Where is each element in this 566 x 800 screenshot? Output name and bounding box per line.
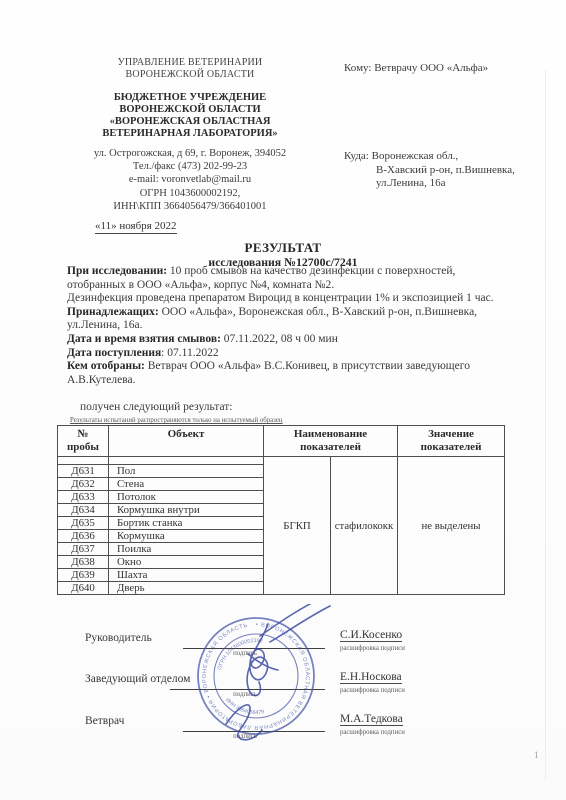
ogrn-line: ОГРН 1043600002192, xyxy=(40,187,340,200)
recipient-where-line: ул.Ленина, 16а xyxy=(376,177,561,191)
phone-line: Тел./факс (473) 202-99-23 xyxy=(40,160,340,173)
address-line: ул. Острогожская, д 69, г. Воронеж, 3940… xyxy=(40,147,340,160)
result-paragraphs: При исследовании: 10 проб смывов на каче… xyxy=(67,265,514,387)
paragraph: Принадлежащих: ООО «Альфа», Воронежская … xyxy=(67,306,514,333)
institution-line: «ВОРОНЕЖСКАЯ ОБЛАСТНАЯ xyxy=(40,116,340,128)
signature-role: Ветврач xyxy=(85,715,124,727)
page-number: 1 xyxy=(534,750,539,760)
header-sample-no: №пробы xyxy=(58,426,109,457)
header-value: Значениепоказателей xyxy=(398,426,505,457)
recipient-address: Куда: Воронежская обл., В-Хавский р-он, … xyxy=(344,150,561,191)
value-cell: не выделены xyxy=(398,457,505,595)
signature-role: Заведующий отделом xyxy=(85,673,190,685)
recipient-where-line: В-Хавский р-он, п.Вишневка, xyxy=(376,164,561,178)
institution-line: БЮДЖЕТНОЕ УЧРЕЖДЕНИЕ xyxy=(40,92,340,104)
table-spacer-row: БГКП стафилококк не выделены xyxy=(58,457,505,465)
institution-name: БЮДЖЕТНОЕ УЧРЕЖДЕНИЕ ВОРОНЕЖСКОЙ ОБЛАСТИ… xyxy=(40,92,340,140)
inn-kpp-line: ИНН\КПП 3664056479/366401001 xyxy=(40,200,340,213)
paragraph-text: : 07.11.2022 xyxy=(161,347,218,359)
paragraph: Дата поступления: 07.11.2022 xyxy=(67,347,514,361)
results-table: №пробы Объект Наименованиепоказателей Зн… xyxy=(57,425,505,595)
paragraph-label: Дата поступления xyxy=(67,347,161,359)
result-intro: получен следующий результат: xyxy=(80,401,232,413)
paragraph-text: Дезинфекция проведена препаратом Вироцид… xyxy=(67,292,494,304)
stamp-inn-text: ИНН 3664056479 xyxy=(224,697,265,716)
institution-line: ВЕТЕРИНАРНАЯ ЛАБОРАТОРИЯ» xyxy=(40,128,340,140)
scanned-document-page: УПРАВЛЕНИЕ ВЕТЕРИНАРИИ ВОРОНЕЖСКОЙ ОБЛАС… xyxy=(0,0,566,800)
email-line: e-mail: voronvetlab@mail.ru xyxy=(40,173,340,186)
document-date: «11» ноября 2022 xyxy=(95,220,177,234)
indicator-bgkp-cell: БГКП xyxy=(264,457,331,595)
paragraph: Кем отобраны: Ветврач ООО «Альфа» В.С.Ко… xyxy=(67,360,514,387)
authority-line: УПРАВЛЕНИЕ ВЕТЕРИНАРИИ xyxy=(40,57,340,69)
authority-line: ВОРОНЕЖСКОЙ ОБЛАСТИ xyxy=(40,69,340,81)
recipient-where-label: Куда: xyxy=(344,150,372,162)
header-indicator: Наименованиепоказателей xyxy=(264,426,398,457)
result-disclaimer: Результаты испытаний распространяются то… xyxy=(70,417,282,424)
paragraph: Дата и время взятия смывов: 07.11.2022, … xyxy=(67,333,514,347)
paragraph: Дезинфекция проведена препаратом Вироцид… xyxy=(67,292,514,306)
round-stamp-icon: • ВОРОНЕЖСКАЯ ОБЛАСТНАЯ ВЕТЕРИНАРНАЯ ЛАБ… xyxy=(188,604,360,776)
stamp-ogrn-text: ОГРН 1043600002192 xyxy=(217,638,263,671)
paragraph-text: 07.11.2022, 08 ч 00 мин xyxy=(221,333,338,345)
recipient-where-line: Воронежская обл., xyxy=(372,150,459,162)
stamp-outer-ring xyxy=(198,618,314,734)
recipient-to: Кому: Ветврачу ООО «Альфа» xyxy=(344,62,544,74)
authority-name: УПРАВЛЕНИЕ ВЕТЕРИНАРИИ ВОРОНЕЖСКОЙ ОБЛАС… xyxy=(40,57,340,81)
svg-text:ОГРН 1043600002192: ОГРН 1043600002192 xyxy=(217,638,263,671)
institution-address: ул. Острогожская, д 69, г. Воронеж, 3940… xyxy=(40,147,340,213)
paragraph-label: Принадлежащих: xyxy=(67,306,159,318)
document-title: РЕЗУЛЬТАТ xyxy=(0,240,566,256)
indicator-staph-cell: стафилококк xyxy=(331,457,398,595)
paragraph-label: Кем отобраны: xyxy=(67,360,145,372)
paragraph: При исследовании: 10 проб смывов на каче… xyxy=(67,265,514,292)
paragraph-label: Дата и время взятия смывов: xyxy=(67,333,221,345)
svg-text:ИНН 3664056479: ИНН 3664056479 xyxy=(224,697,265,716)
table-header-row: №пробы Объект Наименованиепоказателей Зн… xyxy=(58,426,505,457)
institution-line: ВОРОНЕЖСКОЙ ОБЛАСТИ xyxy=(40,104,340,116)
paragraph-label: При исследовании: xyxy=(67,265,167,277)
scan-edge-shadow xyxy=(545,70,546,780)
signature-role: Руководитель xyxy=(85,632,152,644)
header-object: Объект xyxy=(109,426,264,457)
